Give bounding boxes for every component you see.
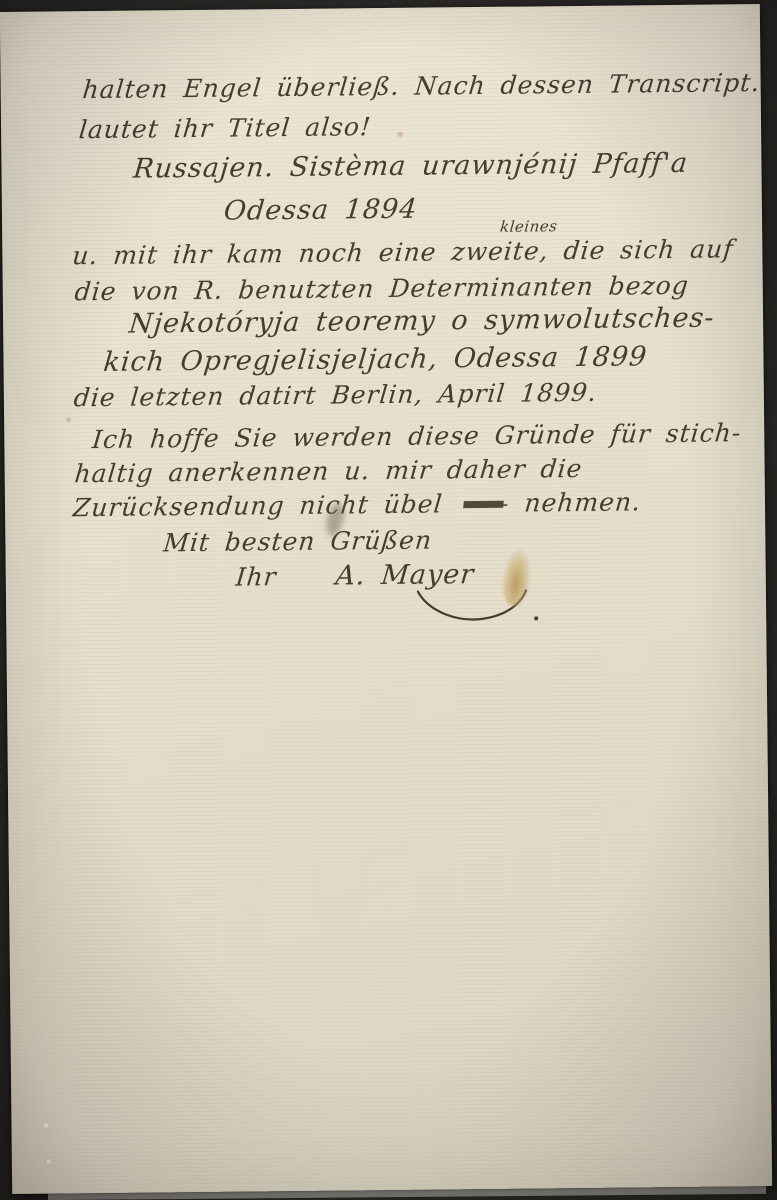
letter-line-with-correction: Zurücksendung nicht übel —— nehmen. <box>72 487 643 522</box>
letter-line: Ich hoffe Sie werden diese Gründe für st… <box>91 418 743 454</box>
scan-speck <box>66 417 71 422</box>
line-text-after-strike: nehmen. <box>523 487 642 517</box>
closing-line: Mit besten Grüßen <box>162 525 433 557</box>
scan-speck <box>47 1160 51 1164</box>
scan-speck <box>43 1124 48 1128</box>
line-text-before-strike: Zurücksendung nicht übel <box>72 489 444 522</box>
struck-out-word: —— <box>462 489 505 518</box>
paper-laid-texture <box>0 4 772 1194</box>
scan-speck <box>397 132 403 137</box>
letter-page: halten Engel überließ. Nach dessen Trans… <box>0 4 772 1194</box>
book-title-line: Njekotóryja teoremy o symwolutsches- <box>128 303 716 340</box>
letter-line: haltig anerkennen u. mir daher die <box>73 454 584 488</box>
letter-line: die von R. benutzten Determinanten bezog <box>73 271 690 306</box>
book-title-line: kich Opregjelisjeljach, Odessa 1899 <box>102 341 649 378</box>
book-title-line: Russajen. Sistèma urawnjénij Pfaff'a <box>132 148 689 185</box>
letter-line: die letzten datirt Berlin, April 1899. <box>73 378 599 413</box>
signature-prefix: Ihr <box>234 562 278 591</box>
letter-line: u. mit ihr kam noch eine zweite, die sic… <box>71 234 735 270</box>
inserted-word: kleines <box>499 217 558 236</box>
scanned-letter-view: halten Engel überließ. Nach dessen Trans… <box>0 0 777 1200</box>
letter-line: halten Engel überließ. Nach dessen Trans… <box>81 68 761 104</box>
book-title-place-date: Odessa 1894 <box>222 194 418 227</box>
letter-line: lautet ihr Titel also! <box>78 112 373 144</box>
